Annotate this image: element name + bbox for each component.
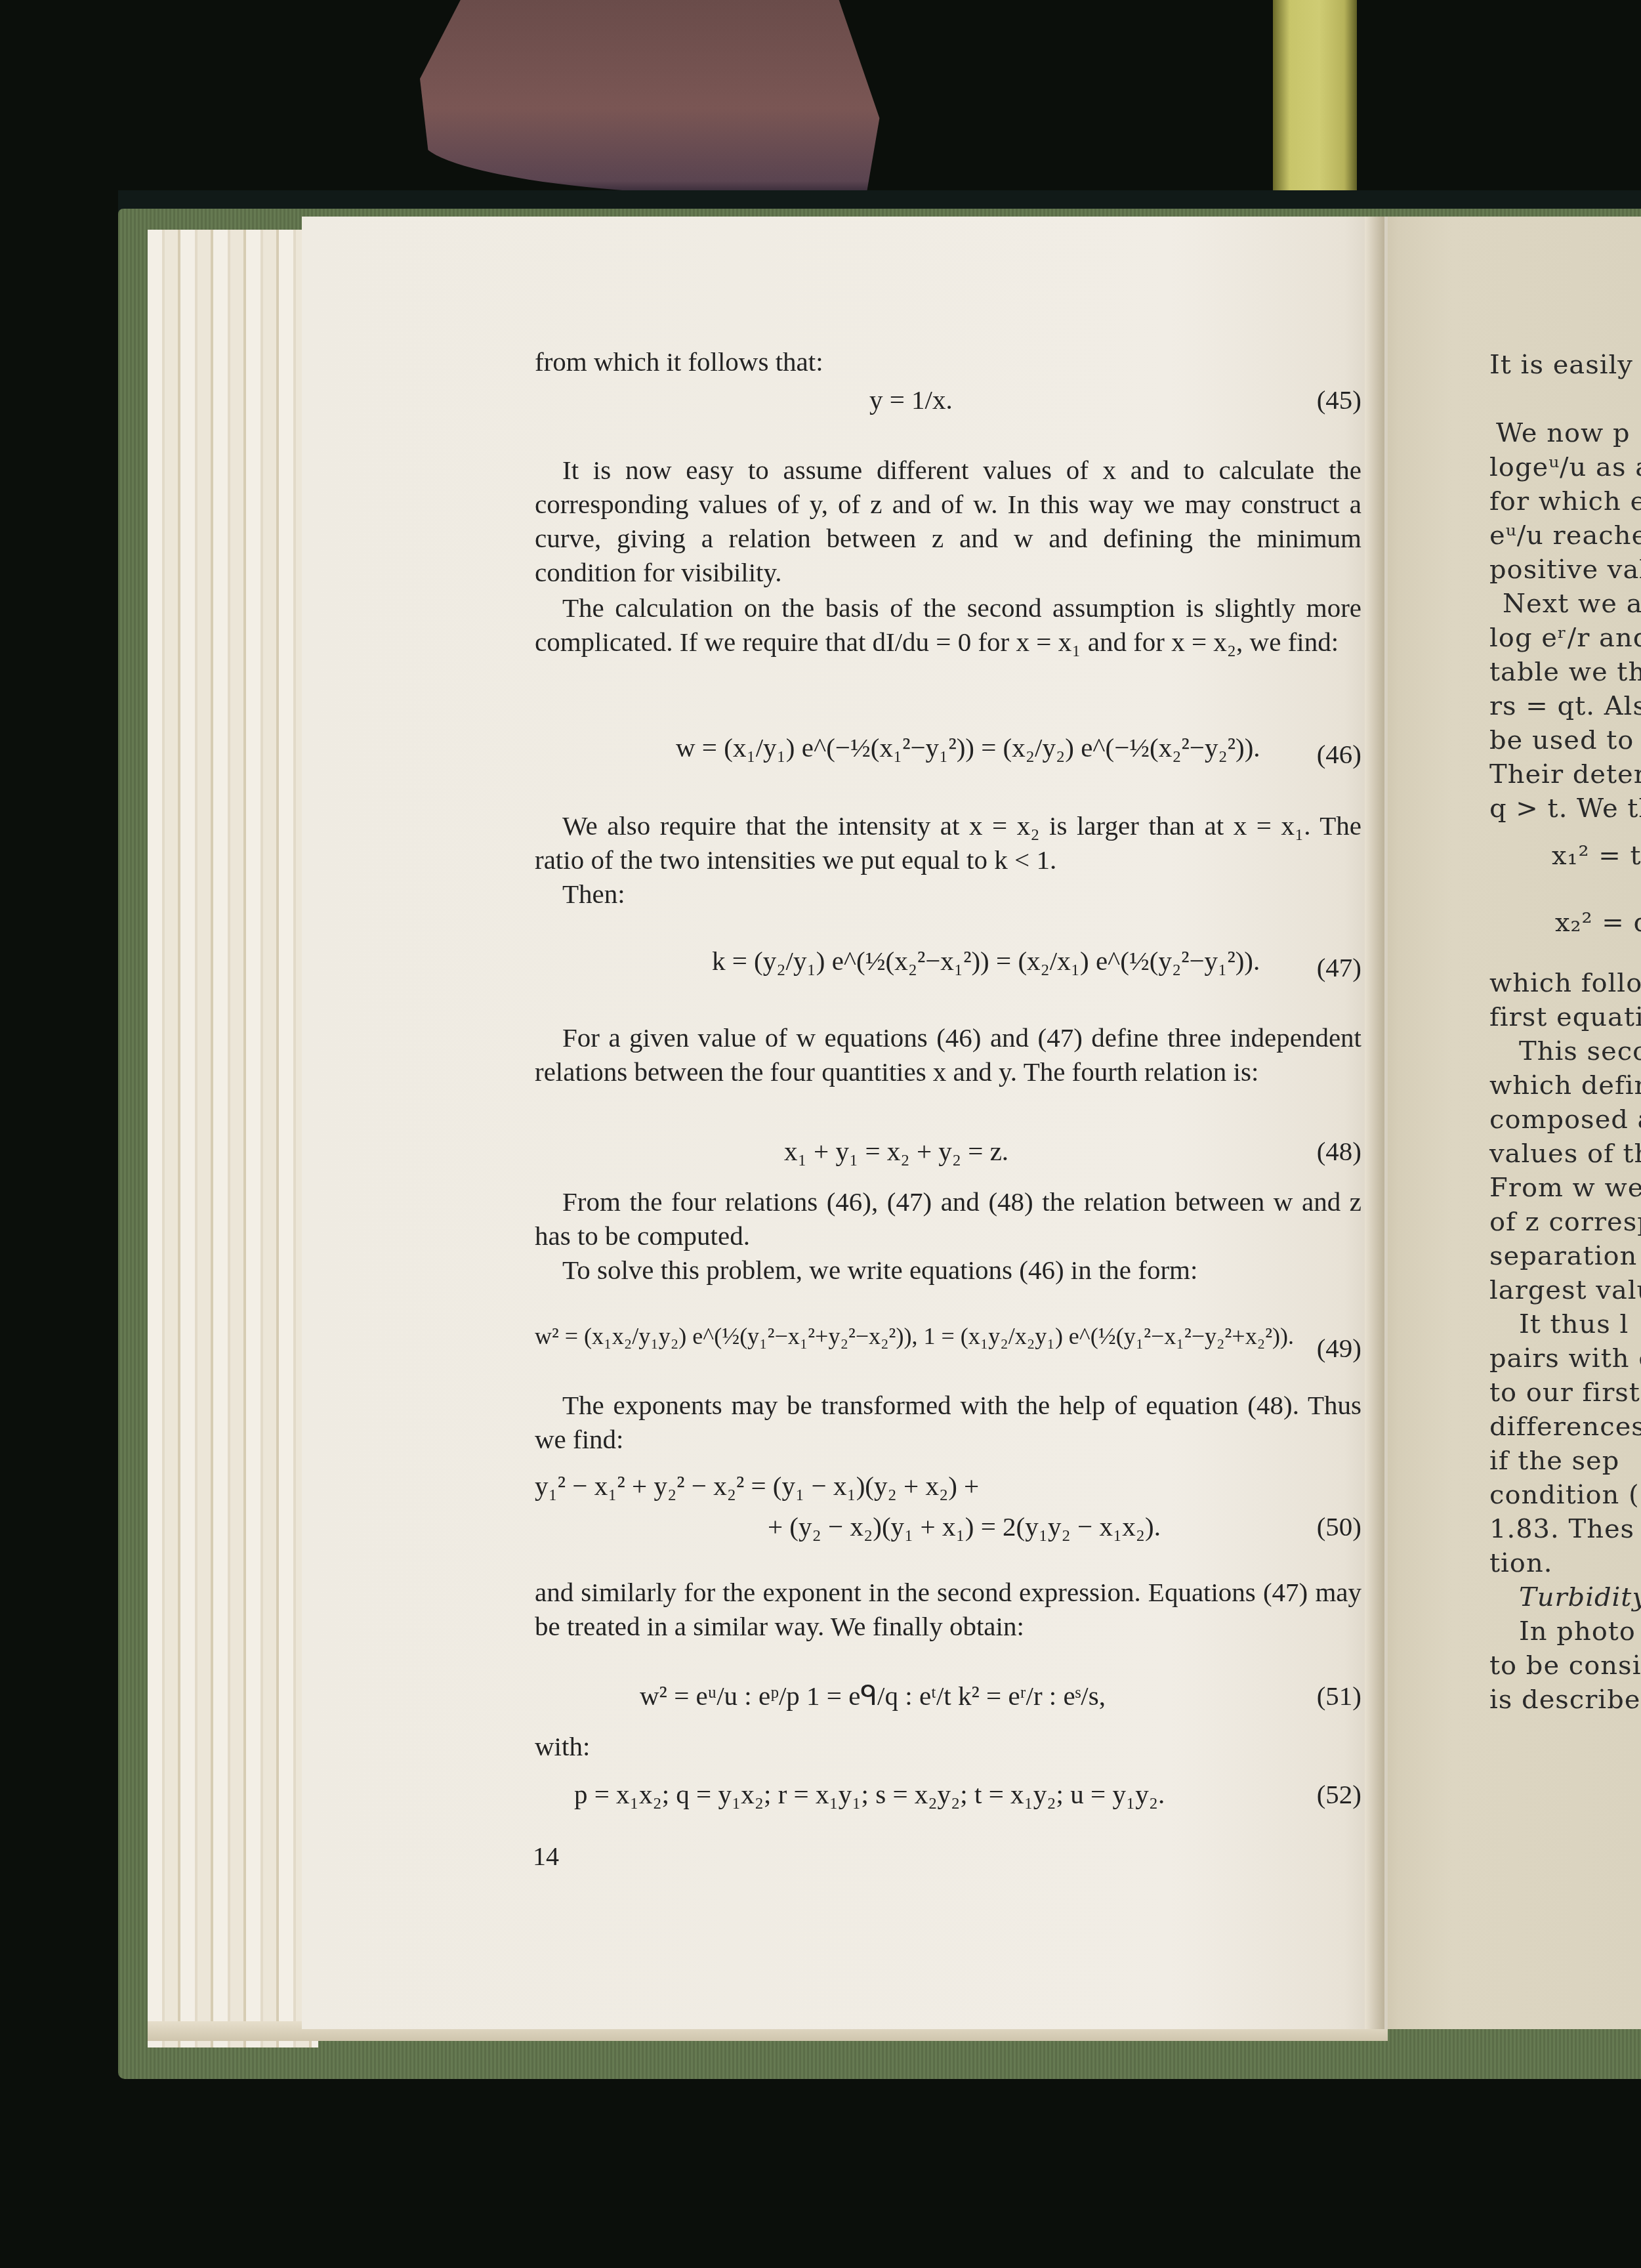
equation-48: x₁ + y₁ = x₂ + y₂ = z. (48) <box>535 1135 1361 1175</box>
equation-number: (46) <box>1317 738 1361 770</box>
paragraph-similarly: and similarly for the exponent in the se… <box>535 1575 1361 1643</box>
text-line: From w we <box>1489 1171 1641 1205</box>
text-line: differences <box>1489 1410 1641 1444</box>
text-line: x₂² = q( <box>1555 906 1641 940</box>
text-line: for which eᵛ/ <box>1489 484 1641 518</box>
equation-body: w² = eᵘ/u : eᵖ/p 1 = eᑫ/q : eᵗ/t k² = eʳ… <box>640 1680 1106 1711</box>
paragraph-text: The exponents may be transformed with th… <box>535 1388 1361 1456</box>
paragraph-text: The calculation on the basis of the seco… <box>535 591 1361 659</box>
equation-number: (50) <box>1317 1511 1361 1542</box>
text-line: values of th <box>1489 1137 1641 1171</box>
equation-line-1: y₁² − x₁² + y₂² − x₂² = (y₁ − x₁)(y₂ + x… <box>535 1470 979 1501</box>
text-line: Their determ <box>1489 757 1641 791</box>
text-line: 1.83. Thes <box>1489 1512 1641 1546</box>
text-line: pairs with c <box>1489 1341 1641 1375</box>
text-line: composed a <box>1489 1102 1641 1137</box>
text-line: from which it follows that: <box>535 345 1361 379</box>
equation-body: w = (x₁/y₁) e^(−½(x₁²−y₁²)) = (x₂/y₂) e^… <box>676 732 1260 763</box>
equation-number: (52) <box>1317 1778 1361 1810</box>
paragraph-text: and similarly for the exponent in the se… <box>535 1575 1361 1643</box>
equation-body: x₁ + y₁ = x₂ + y₂ = z. <box>784 1135 1008 1167</box>
background-light-strip <box>1273 0 1357 190</box>
equation-49: w² = (x₁x₂/y₁y₂) e^(½(y₁²−x₁²+y₂²−x₂²)),… <box>535 1309 1361 1375</box>
paragraph-intro: from which it follows that: <box>535 345 1361 379</box>
equation-45: y = 1/x. (45) <box>535 384 1361 423</box>
text-line: It is easily <box>1489 348 1641 382</box>
paragraph-text: For a given value of w equations (46) an… <box>535 1020 1361 1089</box>
text-line: which follov <box>1489 966 1641 1000</box>
equation-46: w = (x₁/y₁) e^(−½(x₁²−y₁²)) = (x₂/y₂) e^… <box>535 725 1361 791</box>
equation-body: y = 1/x. <box>869 384 953 415</box>
text-line: which defin <box>1489 1068 1641 1102</box>
paragraph-intensity: We also require that the intensity at x … <box>535 808 1361 911</box>
text-line: is describe <box>1489 1683 1641 1717</box>
text-line: q > t. We th <box>1489 791 1641 826</box>
right-page-text: It is easily We now p logeᵘ/u as a fu fo… <box>1489 348 1641 1717</box>
text-line: of z corresp <box>1489 1205 1641 1239</box>
text-line: logeᵘ/u as a fu <box>1489 450 1641 484</box>
paragraph-text: We also require that the intensity at x … <box>535 808 1361 877</box>
paragraph-relations: For a given value of w equations (46) an… <box>535 1020 1361 1089</box>
equation-number: (45) <box>1317 384 1361 415</box>
equation-line-2: + (y₂ − x₂)(y₁ + x₁) = 2(y₁y₂ − x₁x₂). <box>768 1511 1161 1542</box>
equation-number: (47) <box>1317 952 1361 983</box>
text-line: tion. <box>1489 1546 1641 1580</box>
text-line: It thus l <box>1519 1307 1641 1341</box>
text-line: Next we as <box>1503 587 1641 621</box>
text-line: separation c <box>1489 1239 1641 1273</box>
paragraph-text: To solve this problem, we write equation… <box>535 1253 1361 1287</box>
equation-body: k = (y₂/y₁) e^(½(x₂²−x₁²)) = (x₂/x₁) e^(… <box>712 945 1260 976</box>
spacer <box>1489 382 1641 416</box>
hand-holding-book <box>420 0 1096 197</box>
text-line: be used to f <box>1489 723 1641 757</box>
paragraph-curve: It is now easy to assume different value… <box>535 453 1361 589</box>
text-line: largest valu <box>1489 1273 1641 1307</box>
text-line: first equatio <box>1489 1000 1641 1034</box>
page-block-edges <box>148 230 318 2047</box>
paragraph-four-relations: From the four relations (46), (47) and (… <box>535 1185 1361 1287</box>
paragraph-second-assumption: The calculation on the basis of the seco… <box>535 591 1361 659</box>
equation-51: w² = eᵘ/u : eᵖ/p 1 = eᑫ/q : eᵗ/t k² = eʳ… <box>535 1667 1361 1732</box>
text-line: This seco <box>1519 1034 1641 1068</box>
equation-50: y₁² − x₁² + y₂² − x₂² = (y₁ − x₁)(y₂ + x… <box>535 1470 1361 1555</box>
section-heading: Turbidity. <box>1519 1580 1641 1614</box>
equation-number: (49) <box>1317 1332 1361 1364</box>
text-line: eᵘ/u reaches a <box>1489 518 1641 553</box>
paragraph-text: From the four relations (46), (47) and (… <box>535 1185 1361 1253</box>
text-line: log eʳ/r and <box>1489 621 1641 655</box>
text-line: condition ( <box>1489 1478 1641 1512</box>
paragraph-exponents: The exponents may be transformed with th… <box>535 1388 1361 1456</box>
equation-number: (48) <box>1317 1135 1361 1167</box>
text-line: positive value <box>1489 553 1641 587</box>
paragraph-text: Then: <box>535 877 1361 911</box>
text-line: x₁² = t( <box>1552 839 1641 873</box>
paragraph-with: with: <box>535 1729 1361 1763</box>
text-line: In photo <box>1519 1614 1641 1648</box>
page-number: 14 <box>533 1841 559 1872</box>
text-line: table we ther <box>1489 655 1641 689</box>
equation-52: p = x₁x₂; q = y₁x₂; r = x₁y₁; s = x₂y₂; … <box>535 1778 1361 1818</box>
equation-body: w² = (x₁x₂/y₁y₂) e^(½(y₁²−x₁²+y₂²−x₂²)),… <box>535 1322 1294 1350</box>
text-line: We now p <box>1496 416 1641 450</box>
text-line: rs = qt. Also <box>1489 689 1641 723</box>
paragraph-text: It is now easy to assume different value… <box>535 453 1361 589</box>
book-gutter <box>1365 217 1384 2029</box>
equation-number: (51) <box>1317 1680 1361 1711</box>
paragraph-text: with: <box>535 1729 1361 1763</box>
text-line: to our first <box>1489 1375 1641 1410</box>
equation-body: p = x₁x₂; q = y₁x₂; r = x₁y₁; s = x₂y₂; … <box>574 1778 1165 1810</box>
text-line: if the sep <box>1489 1444 1641 1478</box>
equation-47: k = (y₂/y₁) e^(½(x₂²−x₁²)) = (x₂/x₁) e^(… <box>535 935 1361 1001</box>
text-line: to be consi <box>1489 1648 1641 1683</box>
